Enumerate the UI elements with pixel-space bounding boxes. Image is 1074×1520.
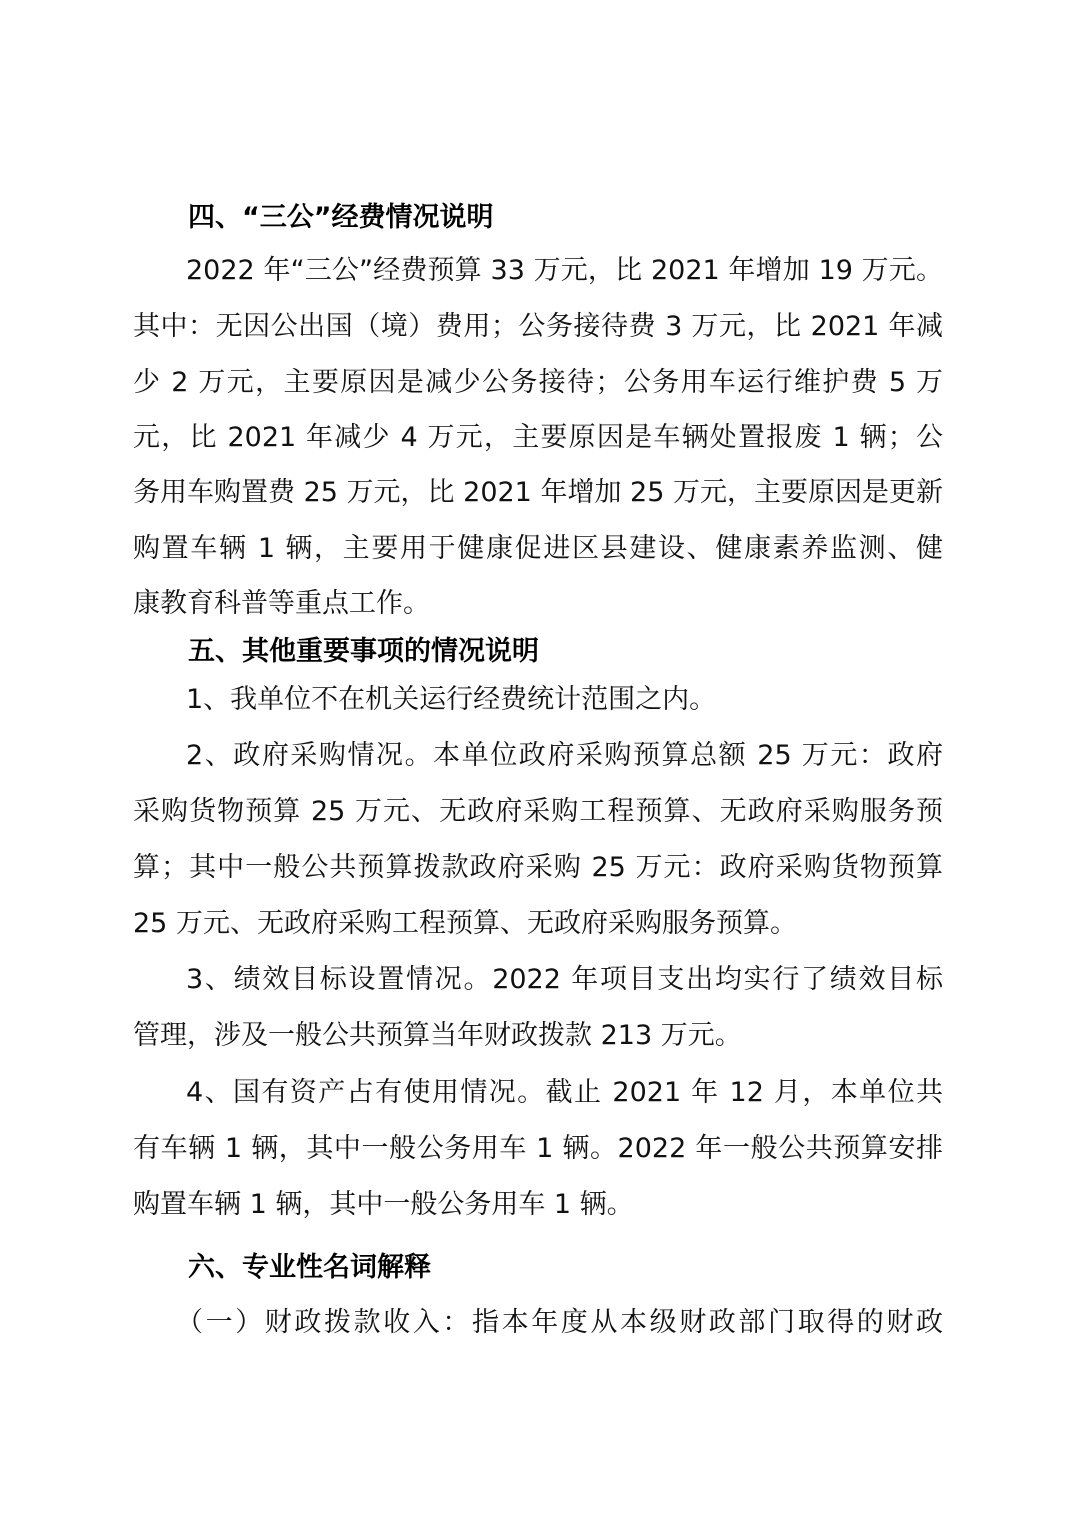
document-page: 四、“三公”经费情况说明 2022 年“三公”经费预算 33 万元，比 2021… [0, 0, 1074, 1520]
paragraph-line: 其中：无因公出国（境）费用；公务接待费 3 万元，比 2021 年减 [133, 309, 943, 345]
paragraph-line: 3、绩效目标设置情况。2022 年项目支出均实行了绩效目标 [186, 962, 943, 998]
paragraph-line: 务用车购置费 25 万元，比 2021 年增加 25 万元，主要原因是更新 [133, 475, 943, 511]
paragraph-line: 元，比 2021 年减少 4 万元，主要原因是车辆处置报废 1 辆；公 [133, 420, 943, 456]
paragraph-line: （一）财政拨款收入：指本年度从本级财政部门取得的财政 [176, 1305, 943, 1341]
paragraph-line: 少 2 万元，主要原因是减少公务接待；公务用车运行维护费 5 万 [133, 365, 943, 401]
section-heading-sangong: 四、“三公”经费情况说明 [188, 200, 494, 236]
section-heading-other-matters: 五、其他重要事项的情况说明 [188, 634, 539, 670]
section-heading-glossary: 六、专业性名词解释 [188, 1250, 431, 1286]
paragraph-line: 购置车辆 1 辆，其中一般公务用车 1 辆。 [133, 1187, 943, 1223]
paragraph-line: 管理，涉及一般公共预算当年财政拨款 213 万元。 [133, 1018, 943, 1054]
paragraph-line: 4、国有资产占有使用情况。截止 2021 年 12 月，本单位共 [186, 1075, 943, 1111]
paragraph-line: 有车辆 1 辆，其中一般公务用车 1 辆。2022 年一般公共预算安排 [133, 1131, 943, 1167]
paragraph-line: 康教育科普等重点工作。 [133, 586, 943, 622]
paragraph-line: 1、我单位不在机关运行经费统计范围之内。 [186, 682, 943, 718]
paragraph-line: 2022 年“三公”经费预算 33 万元，比 2021 年增加 19 万元。 [186, 253, 943, 289]
paragraph-line: 购置车辆 1 辆，主要用于健康促进区县建设、健康素养监测、健 [133, 531, 943, 567]
paragraph-line: 算；其中一般公共预算拨款政府采购 25 万元：政府采购货物预算 [133, 850, 943, 886]
paragraph-line: 2、政府采购情况。本单位政府采购预算总额 25 万元：政府 [186, 738, 943, 774]
paragraph-line: 25 万元、无政府采购工程预算、无政府采购服务预算。 [133, 906, 943, 942]
paragraph-line: 采购货物预算 25 万元、无政府采购工程预算、无政府采购服务预 [133, 794, 943, 830]
